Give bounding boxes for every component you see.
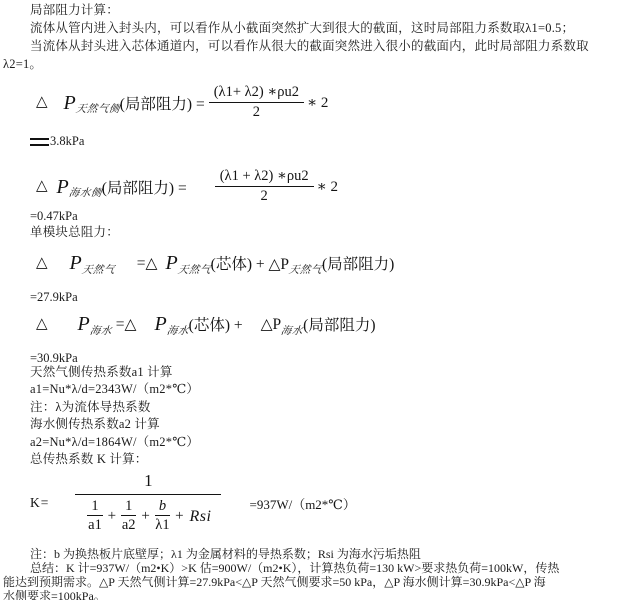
k-result: =937W/（m2*℃） (249, 494, 355, 513)
sub-fraction-b-lambda: b λ1 (155, 498, 170, 534)
formula-gas-local: △ P 天然气侧 (局部阻力) = (λ1+ λ2) ∗ρu2 2 ∗ 2 (36, 84, 328, 121)
pressure-symbol: P (70, 253, 82, 273)
pressure-subscript: 海水 (89, 323, 113, 338)
sub-fraction-numerator: 1 (87, 498, 102, 516)
k-formula: K= 1 1 a1 + 1 a2 + b λ1 + Rsi (30, 467, 356, 539)
pressure-symbol: P (165, 253, 177, 273)
pressure-subscript: 海水 (166, 323, 190, 338)
formula-tail: (局部阻力) (322, 252, 394, 274)
sea-coefficient-title: 海水侧传热系数a2 计算 (30, 417, 160, 432)
formula-label: (局部阻力) = (102, 176, 187, 198)
result-sea-total: =30.9kPa (30, 351, 78, 366)
pressure-subscript: 天然气 (177, 262, 212, 277)
sub-fraction-denominator: a2 (122, 516, 136, 534)
sub-fraction-a1: 1 a1 (87, 498, 102, 534)
plus-operator: + (108, 508, 116, 525)
formula-sea-local: △ P 海水侧 (局部阻力) = (λ1 + λ2) ∗ρu2 2 ∗ 2 (36, 168, 338, 205)
pressure-subscript: 天然气 (81, 262, 116, 277)
result-sea-local: =0.47kPa (30, 209, 78, 224)
pressure-symbol: P (57, 177, 69, 197)
gas-coefficient-equation: a1=Nu*λ/d=2343W/（m2*℃） (30, 382, 199, 397)
formula-gas-total: △ P 天然气 =△ P 天然气 (芯体) + △P 天然气 (局部阻力) (36, 252, 394, 274)
formula-mid: (芯体) + (189, 313, 243, 335)
sub-fraction-denominator: a1 (88, 516, 102, 534)
formula-multiplier: ∗ 2 (317, 177, 338, 196)
pressure-symbol: P (78, 314, 90, 334)
equals-delta: =△ (137, 254, 158, 273)
k-numerator: 1 (144, 471, 153, 494)
formula-mid: (芯体) + △P (211, 252, 289, 274)
sub-fraction-numerator: 1 (121, 498, 136, 516)
plus-operator: + (141, 508, 149, 525)
summary-line-3: 水侧要求=100kPa。 (3, 589, 106, 600)
equals-delta: =△ (116, 315, 137, 334)
pressure-subscript: 海水侧 (68, 185, 103, 200)
sub-fraction-a2: 1 a2 (121, 498, 136, 534)
gas-coefficient-title: 天然气侧传热系数a1 计算 (30, 365, 173, 380)
k-big-fraction: 1 1 a1 + 1 a2 + b λ1 + Rsi (75, 471, 221, 534)
module-total-label: 单模块总阻力： (30, 225, 119, 240)
delta-symbol: △ (36, 317, 48, 332)
fraction: (λ1+ λ2) ∗ρu2 2 (209, 84, 304, 121)
pressure-symbol: P (64, 93, 76, 113)
formula-label: (局部阻力) = (120, 92, 205, 114)
plus-operator: + (175, 508, 183, 525)
fraction-numerator: (λ1 + λ2) ∗ρu2 (215, 168, 314, 187)
k-lhs: K= (30, 495, 49, 511)
pressure-subscript: 天然气侧 (75, 101, 121, 116)
intro-line-3: 当流体从封头进入芯体通道内，可以看作从很大的截面突然进入很小的截面内，此时局部阻… (30, 39, 589, 54)
fraction: (λ1 + λ2) ∗ρu2 2 (215, 168, 314, 205)
lambda-note: 注：λ为流体导热系数 (30, 400, 151, 415)
result-value: 3.8kPa (50, 134, 84, 148)
summary-line-1: 总结：K 计=937W/（m2•K）>K 估=900W/（m2•K），计算热负荷… (30, 561, 559, 576)
sub-fraction-numerator: b (155, 498, 170, 516)
k-denominator: 1 a1 + 1 a2 + b λ1 + Rsi (75, 494, 221, 534)
pressure-subscript: 海水 (280, 323, 304, 338)
fraction-denominator: 2 (253, 103, 260, 121)
rsi-term: Rsi (190, 508, 212, 526)
delta-symbol: △ (36, 95, 48, 110)
intro-line-4: λ2=1。 (3, 57, 42, 72)
delta-symbol: △ (36, 256, 48, 271)
summary-line-2: 能达到预期需求。△P 天然气侧计算=27.9kPa<△P 天然气侧要求=50 k… (3, 575, 546, 590)
intro-title: 局部阻力计算： (30, 3, 119, 18)
result-gas-local: 3.8kPa (30, 134, 84, 149)
heavy-equals-symbol (30, 138, 49, 146)
formula-sea-total: △ P 海水 =△ P 海水 (芯体) + △P 海水 (局部阻力) (36, 313, 375, 335)
intro-line-2: 流体从管内进入封头内，可以看作从小截面突然扩大到很大的截面，这时局部阻力系数取λ… (30, 21, 574, 36)
document-page: 局部阻力计算： 流体从管内进入封头内，可以看作从小截面突然扩大到很大的截面，这时… (0, 0, 637, 600)
pressure-symbol: P (154, 314, 166, 334)
sea-coefficient-equation: a2=Nu*λ/d=1864W/（m2*℃） (30, 435, 199, 450)
delta-pressure: △P (261, 315, 282, 334)
formula-multiplier: ∗ 2 (307, 93, 328, 112)
delta-symbol: △ (36, 179, 48, 194)
result-gas-total: =27.9kPa (30, 290, 78, 305)
footer-note: 注：b 为换热板片底壁厚；λ1 为金属材料的导热系数；Rsi 为海水污垢热阻 (30, 547, 421, 562)
sub-fraction-denominator: λ1 (155, 516, 169, 534)
formula-tail: (局部阻力) (303, 313, 375, 335)
k-title: 总传热系数 K 计算： (30, 452, 147, 467)
pressure-subscript: 天然气 (288, 262, 323, 277)
fraction-denominator: 2 (261, 187, 268, 205)
fraction-numerator: (λ1+ λ2) ∗ρu2 (209, 84, 304, 103)
